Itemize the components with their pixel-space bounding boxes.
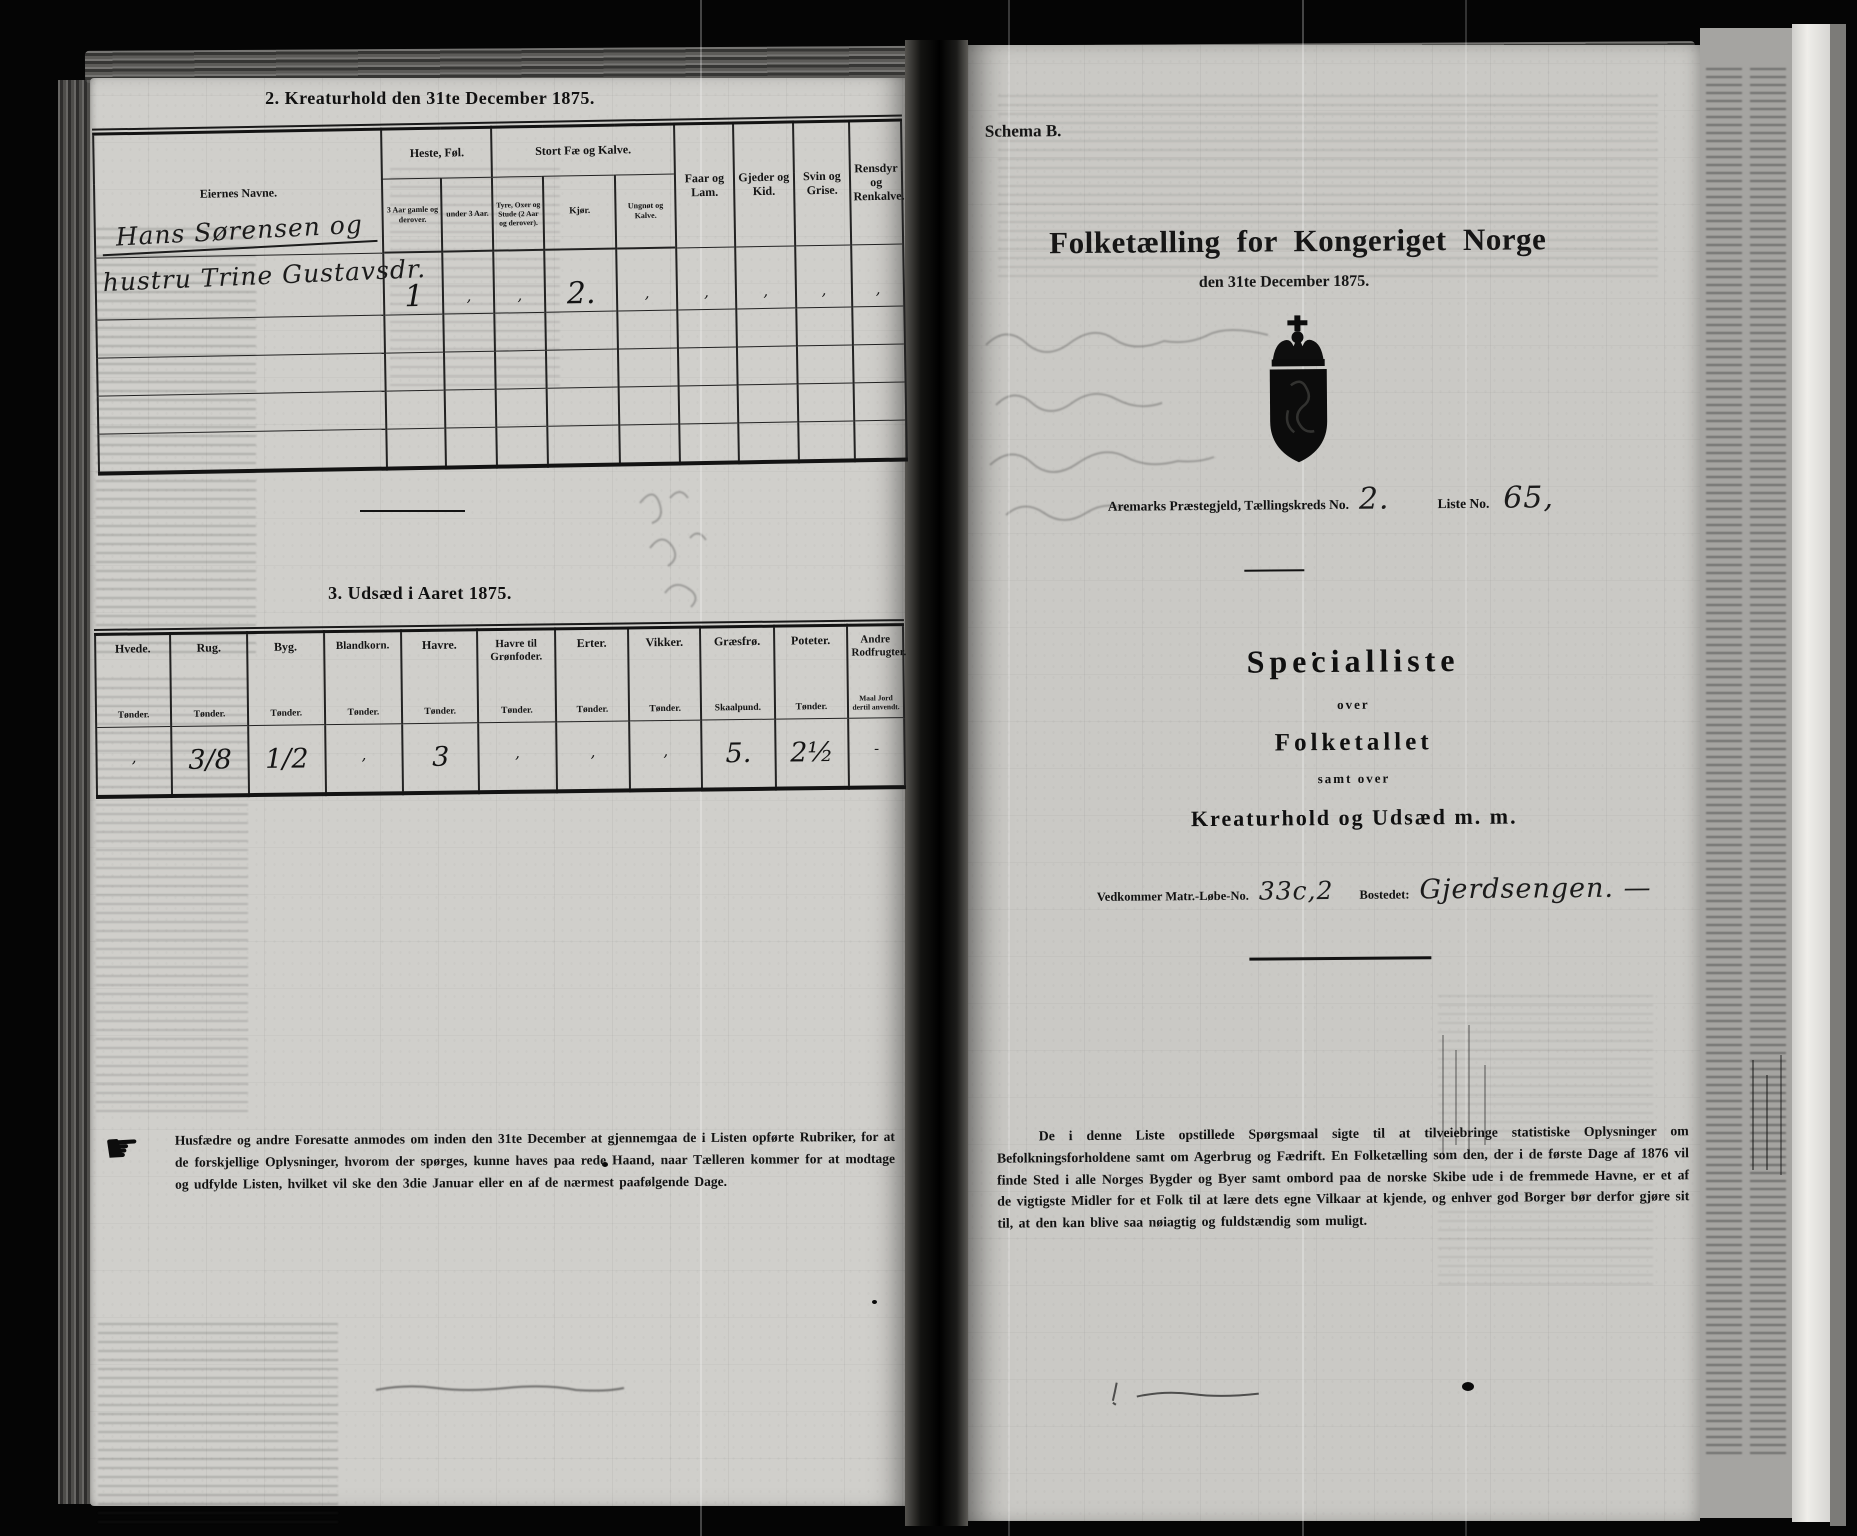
pen-stroke-mark	[1780, 1055, 1782, 1175]
seed-header-havre-gronfoder: Havre til Grønfoder.Tønder.	[477, 629, 556, 723]
seed-header-blandkorn: Blandkorn.Tønder.	[324, 631, 403, 725]
empty-cell	[96, 315, 385, 358]
reference-line: Vedkommer Matr.-Løbe-No. 33c,2 Bostedet:…	[1097, 881, 1652, 905]
seed-section-title: 3. Udsæd i Aaret 1875.	[140, 583, 700, 604]
seed-value-hvede: ,	[96, 727, 172, 797]
value-horses-young: ,	[443, 251, 495, 314]
seed-value-erter: ,	[556, 721, 630, 791]
page-stack-left-edge	[58, 80, 92, 1504]
livestock-section-title: 2. Kreaturhold den 31te December 1875.	[150, 88, 710, 109]
value-young-cattle: ,	[616, 248, 677, 312]
underlying-page-text	[1700, 28, 1792, 1518]
owner-name-line2: hustru Trine Gustavsdr.	[102, 256, 378, 297]
owner-name-cell: Hans Sørensen og hustru Trine Gustavsdr.	[95, 253, 385, 321]
empty-cell	[97, 353, 386, 396]
district-line: Aremarks Præstegjeld, Tællingskreds No. …	[1108, 489, 1554, 515]
seed-header-hvede: Hvede.Tønder.	[95, 634, 171, 728]
right-page: Schema B. Folketælling for Kongeriget No…	[968, 45, 1700, 1521]
seed-value-graesfro: 5.	[701, 719, 775, 789]
seed-header-poteter: Poteter.Tønder.	[774, 625, 849, 719]
empty-cell	[98, 429, 387, 474]
seed-header-erter: Erter.Tønder.	[555, 628, 630, 722]
table-row: Eiernes Navne. Heste, Føl. Stort Fæ og K…	[93, 120, 902, 184]
header-reindeer: Rensdyr og Renkalve.	[849, 120, 903, 244]
pointing-hand-icon: ☛	[103, 1128, 163, 1197]
coat-of-arms-icon	[1260, 315, 1335, 466]
seed-header-rug: Rug.Tønder.	[170, 633, 248, 727]
liste-number-handwritten: 65,	[1503, 489, 1554, 507]
liste-label: Liste No.	[1438, 496, 1490, 512]
seed-value-havre: 3	[402, 723, 479, 793]
subtitle-specialliste: Specialliste	[1033, 640, 1673, 682]
header-goats: Gjeder og Kid.	[733, 122, 795, 247]
ink-speck	[872, 1300, 877, 1304]
section-divider	[360, 510, 465, 512]
seed-value-poteter: 2½	[775, 718, 849, 788]
pen-stroke-mark	[1752, 1060, 1754, 1170]
subheader-horses-young: under 3 Aar.	[441, 177, 493, 251]
faint-pen-line	[370, 1368, 630, 1408]
seed-table: Hvede.Tønder. Rug.Tønder. Byg.Tønder. Bl…	[94, 619, 906, 799]
book-gutter-shadow	[905, 40, 968, 1526]
subtitle-kreaturhold: Kreaturhold og Udsæd m. m.	[1034, 802, 1674, 833]
right-page-content: Schema B. Folketælling for Kongeriget No…	[962, 42, 1706, 1524]
matrikkel-number-handwritten: 33c,2	[1259, 883, 1334, 899]
census-date-line: den 31te December 1875.	[964, 271, 1604, 294]
table-row: Hvede.Tønder. Rug.Tønder. Byg.Tønder. Bl…	[95, 625, 904, 728]
divider-rule	[1244, 569, 1304, 571]
subtitle-folketallet: Folketallet	[1034, 726, 1674, 759]
value-bulls: ,	[494, 250, 546, 313]
seed-header-byg: Byg.Tønder.	[247, 632, 325, 726]
subtitle-samt-over: samt over	[1034, 768, 1674, 789]
subheader-horses-old: 3 Aar gamle og derover.	[382, 178, 442, 253]
instruction-note-text: Husfædre og andre Foresatte anmodes om i…	[175, 1126, 895, 1195]
page-edge-highlight	[1792, 24, 1830, 1522]
seed-header-rodfrugter: Andre Rodfrugter.Maal Jord dertil anvend…	[847, 625, 904, 719]
seed-value-rodfrugter: -	[848, 718, 905, 788]
pen-stroke-mark	[1766, 1075, 1768, 1170]
divider-rule	[1249, 956, 1431, 960]
value-pigs: ,	[795, 244, 853, 307]
explanatory-paragraph: De i denne Liste opstillede Spørgsmaal s…	[997, 1120, 1690, 1234]
subtitle-over: over	[1033, 694, 1673, 715]
seed-value-havre-gronfoder: ,	[478, 722, 556, 792]
seed-header-havre: Havre.Tønder.	[401, 630, 478, 724]
district-prefix: Aremarks Præstegjeld, Tællingskreds No.	[1108, 497, 1349, 515]
value-reindeer: ,	[851, 244, 904, 307]
header-group-cattle: Stort Fæ og Kalve.	[491, 124, 674, 177]
district-number-handwritten: 2.	[1359, 491, 1390, 509]
subheader-young-cattle: Ungnøt og Kalve.	[615, 174, 676, 249]
left-page: 2. Kreaturhold den 31te December 1875. E…	[90, 78, 905, 1506]
value-sheep: ,	[676, 246, 736, 310]
census-book-scan: 2. Kreaturhold den 31te December 1875. E…	[0, 0, 1857, 1536]
instruction-note: ☛ Husfædre og andre Foresatte anmodes om…	[105, 1126, 895, 1196]
header-group-horses: Heste, Føl.	[382, 127, 493, 179]
subheader-cows: Kjør.	[543, 175, 616, 250]
bosted-value-handwritten: Gjerdsengen. —	[1419, 881, 1651, 899]
empty-cell	[98, 391, 387, 434]
seed-value-blandkorn: ,	[325, 724, 403, 794]
subheader-bulls: Tyre, Oxer og Stude (2 Aar og derover).	[492, 176, 544, 250]
census-main-title: Folketælling for Kongeriget Norge	[964, 221, 1632, 262]
page-edge-shadow	[1830, 24, 1846, 1526]
schema-label: Schema B.	[985, 121, 1062, 142]
bleed-through-text	[98, 1323, 338, 1523]
livestock-table: Eiernes Navne. Heste, Føl. Stort Fæ og K…	[92, 115, 908, 476]
seed-value-row: , 3/8 1/2 , 3 , , , 5. 2½ -	[96, 718, 905, 797]
header-sheep: Faar og Lam.	[674, 123, 735, 248]
seed-header-vikker: Vikker.Tønder.	[628, 627, 701, 721]
value-cows: 2.	[544, 249, 617, 313]
header-pigs: Svin og Grise.	[793, 121, 852, 245]
seed-value-rug: 3/8	[171, 726, 249, 796]
seed-value-vikker: ,	[629, 720, 702, 790]
bosted-label: Bostedet:	[1359, 887, 1409, 902]
matrikkel-label: Vedkommer Matr.-Løbe-No.	[1097, 889, 1249, 905]
seed-value-byg: 1/2	[248, 725, 326, 795]
handwritten-flourish	[1103, 1376, 1273, 1413]
value-goats: ,	[735, 245, 796, 309]
seed-header-graesfro: Græsfrø.Skaalpund.	[700, 626, 775, 720]
